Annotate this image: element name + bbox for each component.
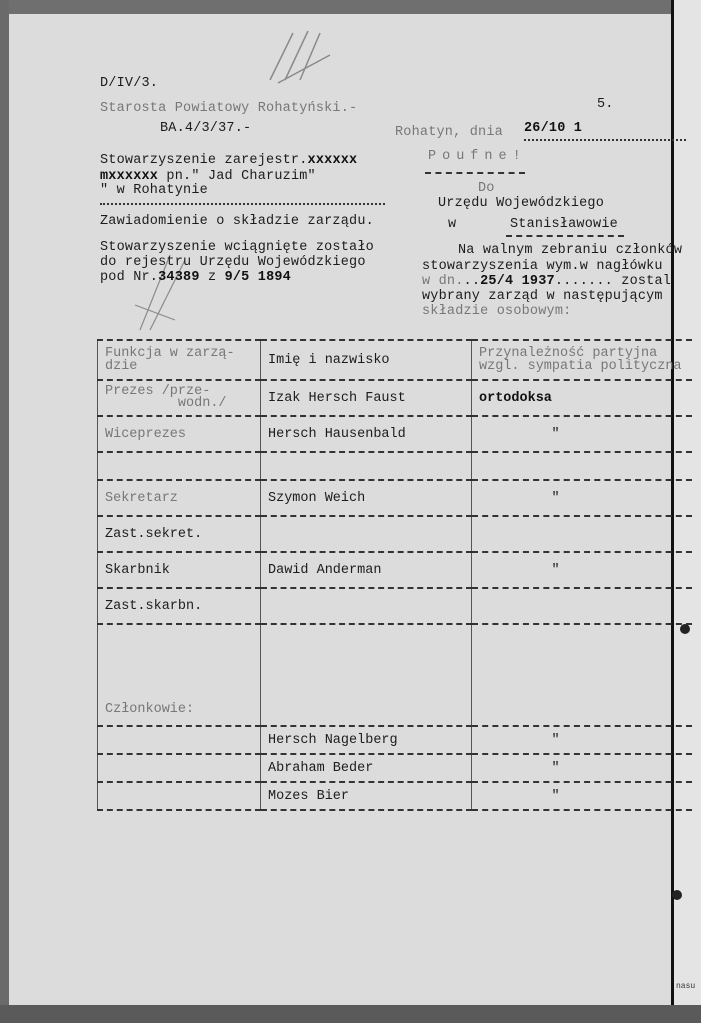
place-date-label: Rohatyn, dnia — [395, 125, 503, 140]
struck-text: mxxxxxx — [100, 169, 158, 184]
scan-top-edge — [0, 0, 701, 14]
cell-name: Hersch Hausenbald — [261, 416, 472, 452]
cell-function — [98, 782, 261, 810]
cell-name — [261, 452, 472, 480]
registry-date: 9/5 1894 — [225, 270, 291, 285]
table-row: Abraham Beder " — [98, 754, 693, 782]
scan-left-edge — [0, 0, 9, 1023]
association-line-1: Stowarzyszenie zarejestr.xxxxxx — [100, 153, 357, 168]
header-affiliation: Przynależność partyjna wzgl. sympatia po… — [472, 340, 693, 380]
cell-affiliation: " — [472, 782, 693, 810]
cell-affiliation — [472, 588, 693, 624]
table-header-row: Funkcja w zarzą- dzie Imię i nazwisko Pr… — [98, 340, 693, 380]
underline — [506, 235, 624, 237]
office-name: Starosta Powiatowy Rohatyński.- — [100, 101, 357, 116]
addressee-city: Stanisławowie — [510, 217, 618, 232]
association-location: " w Rohatynie — [100, 183, 208, 198]
intro-line-1: Na walnym zebraniu członków — [458, 243, 682, 258]
registry-line-2: do rejestru Urzędu Wojewódzkiego — [100, 255, 366, 270]
cell-affiliation: " — [472, 754, 693, 782]
association-name: pn." Jad Charuzim" — [166, 169, 315, 184]
table-row: Zast.skarbn. — [98, 588, 693, 624]
cell-affiliation — [472, 624, 693, 726]
cell-name: Abraham Beder — [261, 754, 472, 782]
case-number: BA.4/3/37.- — [160, 121, 251, 136]
meeting-date: 25/4 1937 — [480, 274, 555, 289]
registry-line-1: Stowarzyszenie wciągnięte zostało — [100, 240, 374, 255]
cell-function: Sekretarz — [98, 480, 261, 516]
intro-line-2: stowarzyszenia wym.w nagłówku — [422, 259, 663, 274]
cell-name — [261, 624, 472, 726]
table-row: Członkowie: — [98, 624, 693, 726]
cell-function: Prezes /prze- wodn./ — [98, 380, 261, 416]
cell-name: Szymon Weich — [261, 480, 472, 516]
cell-affiliation — [472, 452, 693, 480]
table-row: Wiceprezes Hersch Hausenbald " — [98, 416, 693, 452]
cell-function: Wiceprezes — [98, 416, 261, 452]
cell-affiliation: " — [472, 552, 693, 588]
cell-name: Izak Hersch Faust — [261, 380, 472, 416]
association-label: Stowarzyszenie zarejestr. — [100, 153, 308, 168]
cell-name: Mozes Bier — [261, 782, 472, 810]
confidential-mark: Poufne! — [428, 149, 527, 164]
addressee-in: w — [448, 217, 456, 232]
intro-line-5: składzie osobowym: — [422, 304, 571, 319]
cell-function: Zast.skarbn. — [98, 588, 261, 624]
pencil-mark-icon — [260, 25, 340, 85]
addressee-to: Do — [478, 181, 495, 196]
table-row: Sekretarz Szymon Weich " — [98, 480, 693, 516]
staple-icon — [672, 890, 682, 900]
table-row: Prezes /prze- wodn./ Izak Hersch Faust o… — [98, 380, 693, 416]
intro-line-3: w dn...25/4 1937....... zostal — [422, 274, 671, 289]
dotted-fill — [100, 203, 385, 205]
intro-suffix: zostal — [621, 274, 671, 289]
scan-bottom-edge — [0, 1005, 701, 1023]
cell-function: Członkowie: — [98, 624, 261, 726]
registry-line-3: pod Nr.34389 z 9/5 1894 — [100, 270, 291, 285]
dotted-fill — [524, 139, 686, 141]
cell-name: Hersch Nagelberg — [261, 726, 472, 754]
intro-line-4: wybrany zarząd w następującym — [422, 289, 663, 304]
cell-function — [98, 754, 261, 782]
cell-affiliation: " — [472, 416, 693, 452]
registry-z: z — [208, 270, 216, 285]
table-row: Zast.sekret. — [98, 516, 693, 552]
cell-function: Zast.sekret. — [98, 516, 261, 552]
file-reference: D/IV/3. — [100, 76, 158, 91]
table-row: Skarbnik Dawid Anderman " — [98, 552, 693, 588]
header-function: Funkcja w zarzą- dzie — [98, 340, 261, 380]
cell-name — [261, 516, 472, 552]
page-mark: 5. — [597, 97, 614, 112]
margin-note: nasu — [676, 982, 695, 991]
cell-affiliation: " — [472, 480, 693, 516]
table-row — [98, 452, 693, 480]
board-composition-table: Funkcja w zarzą- dzie Imię i nazwisko Pr… — [97, 339, 692, 811]
struck-text: xxxxxx — [308, 153, 358, 168]
underline — [425, 172, 525, 174]
cell-name — [261, 588, 472, 624]
addressee-office: Urzędu Wojewódzkiego — [438, 196, 604, 211]
registry-number: 34389 — [158, 270, 200, 285]
staple-icon — [680, 624, 690, 634]
table-row: Mozes Bier " — [98, 782, 693, 810]
association-line-2: mxxxxxx pn." Jad Charuzim" — [100, 169, 316, 184]
cell-function: Skarbnik — [98, 552, 261, 588]
registry-prefix: pod Nr. — [100, 270, 158, 285]
subject-line: Zawiadomienie o składzie zarządu. — [100, 214, 374, 229]
cell-function — [98, 726, 261, 754]
table-row: Hersch Nagelberg " — [98, 726, 693, 754]
cell-name: Dawid Anderman — [261, 552, 472, 588]
intro-prefix: w dn. — [422, 274, 464, 289]
letter-date: 26/10 1 — [524, 121, 582, 136]
cell-affiliation — [472, 516, 693, 552]
cell-affiliation: " — [472, 726, 693, 754]
cell-function — [98, 452, 261, 480]
cell-affiliation: ortodoksa — [472, 380, 693, 416]
header-name: Imię i nazwisko — [261, 340, 472, 380]
